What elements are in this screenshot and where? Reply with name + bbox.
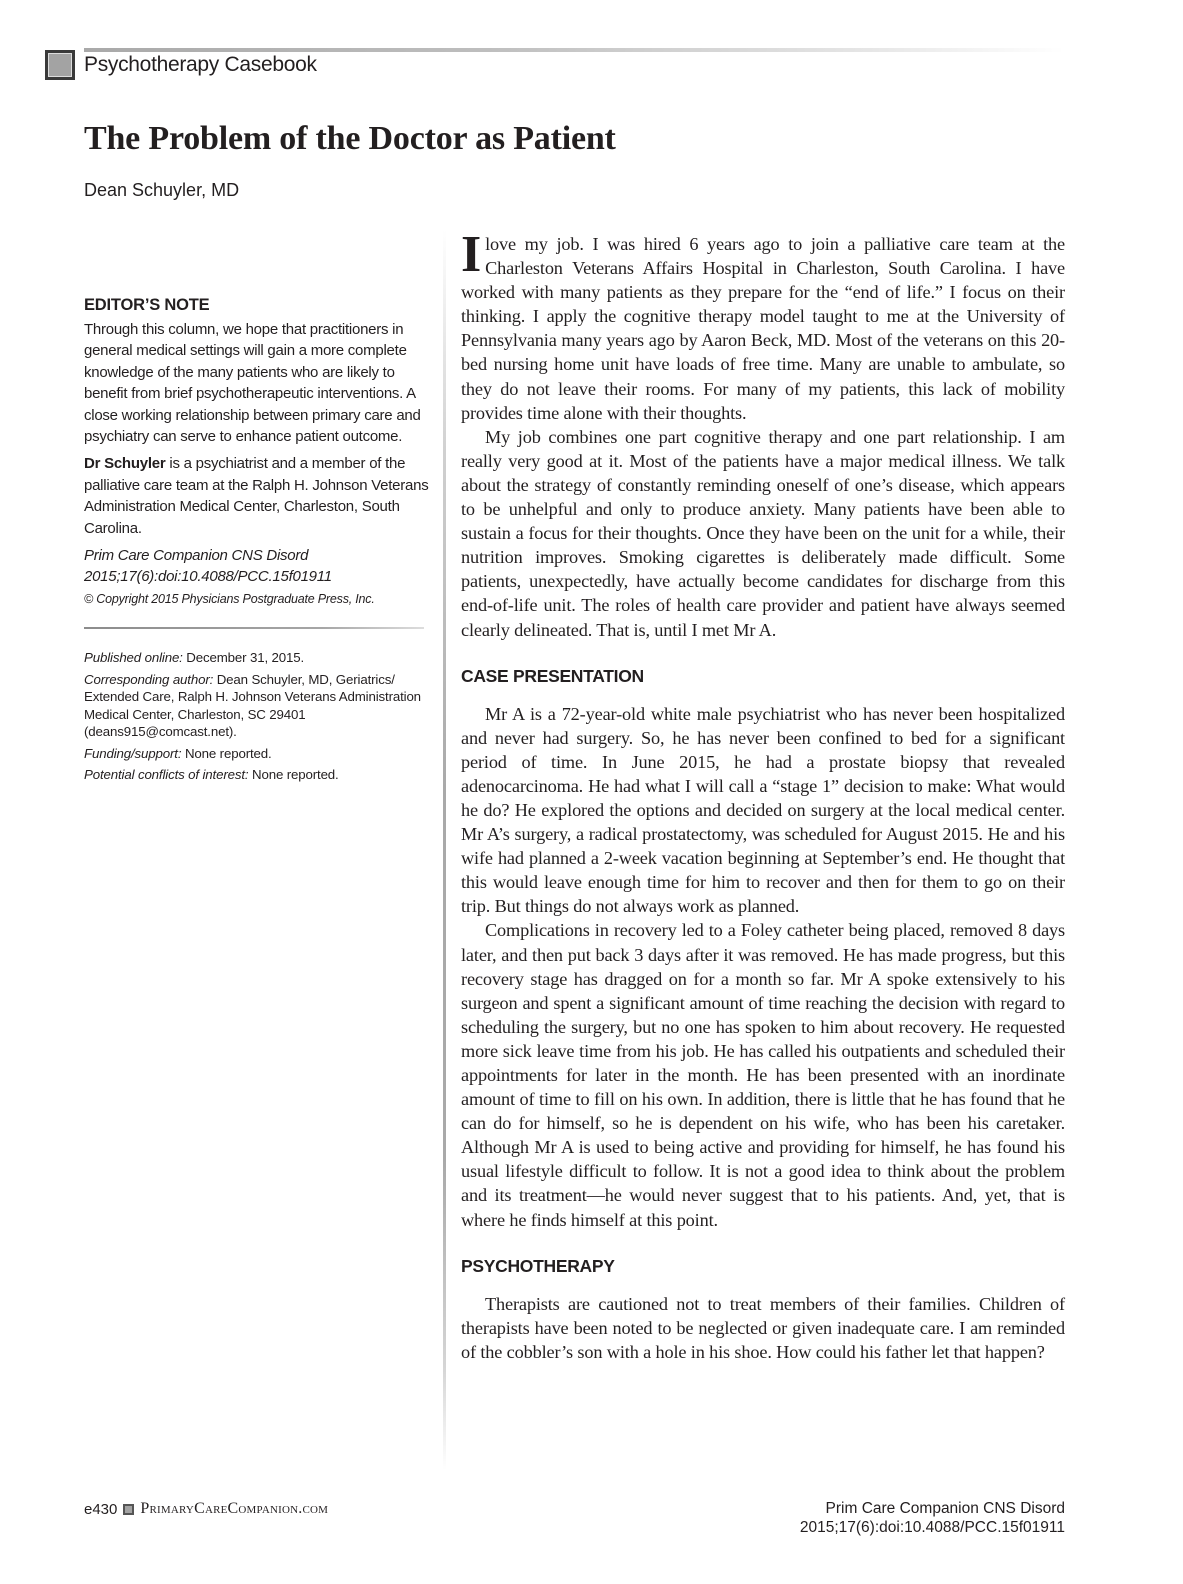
copyright: © Copyright 2015 Physicians Postgraduate… xyxy=(84,589,429,609)
author-bio: Dr Schuyler is a psychiatrist and a memb… xyxy=(84,453,429,539)
case-paragraph-2: Complications in recovery led to a Foley… xyxy=(461,918,1065,1231)
header-rule xyxy=(84,48,1064,52)
editors-note-body: Through this column, we hope that practi… xyxy=(84,319,429,447)
meta-published: Published online: December 31, 2015. xyxy=(84,649,429,667)
section-label: Psychotherapy Casebook xyxy=(84,53,317,77)
intro-paragraph-2: My job combines one part cognitive thera… xyxy=(461,425,1065,642)
author-bio-name: Dr Schuyler xyxy=(84,455,165,472)
meta-label: Corresponding author: xyxy=(84,672,213,687)
intro-paragraph-1: I love my job. I was hired 6 years ago t… xyxy=(461,232,1065,425)
meta-label: Published online: xyxy=(84,650,183,665)
article-body: I love my job. I was hired 6 years ago t… xyxy=(461,232,1065,1364)
meta-label: Funding/support: xyxy=(84,746,181,761)
meta-label: Potential conflicts of interest: xyxy=(84,767,248,782)
meta-value: None reported. xyxy=(181,746,271,761)
citation-journal: Prim Care Companion CNS Disord xyxy=(84,545,429,566)
meta-value: None reported. xyxy=(248,767,338,782)
sidebar: EDITOR’S NOTE Through this column, we ho… xyxy=(84,296,429,788)
section-square-icon xyxy=(45,50,75,80)
column-divider xyxy=(443,230,446,1470)
case-paragraph-1: Mr A is a 72-year-old white male psychia… xyxy=(461,702,1065,919)
footer-doi: 2015;17(6):doi:10.4088/PCC.15f01911 xyxy=(800,1518,1065,1537)
sidebar-divider xyxy=(84,627,424,629)
intro-text: love my job. I was hired 6 years ago to … xyxy=(461,234,1065,423)
author-byline: Dean Schuyler, MD xyxy=(84,180,239,201)
meta-conflicts: Potential conflicts of interest: None re… xyxy=(84,766,429,784)
footer-left: e430 PrimaryCareCompanion.com xyxy=(84,1500,328,1518)
footer-right: Prim Care Companion CNS Disord 2015;17(6… xyxy=(800,1499,1065,1537)
drop-cap: I xyxy=(461,234,481,278)
citation-doi: 2015;17(6):doi:10.4088/PCC.15f01911 xyxy=(84,566,429,587)
page-number: e430 xyxy=(84,1501,117,1518)
website-link[interactable]: PrimaryCareCompanion.com xyxy=(140,1500,328,1518)
psychotherapy-paragraph-1: Therapists are cautioned not to treat me… xyxy=(461,1292,1065,1364)
meta-corresponding-author: Corresponding author: Dean Schuyler, MD,… xyxy=(84,671,429,741)
footer-journal: Prim Care Companion CNS Disord xyxy=(800,1499,1065,1518)
editors-note-heading: EDITOR’S NOTE xyxy=(84,296,429,315)
footer-square-icon xyxy=(123,1504,134,1515)
case-presentation-heading: CASE PRESENTATION xyxy=(461,664,1065,688)
psychotherapy-heading: PSYCHOTHERAPY xyxy=(461,1254,1065,1278)
meta-value: December 31, 2015. xyxy=(183,650,304,665)
article-title: The Problem of the Doctor as Patient xyxy=(84,120,616,158)
meta-funding: Funding/support: None reported. xyxy=(84,745,429,763)
